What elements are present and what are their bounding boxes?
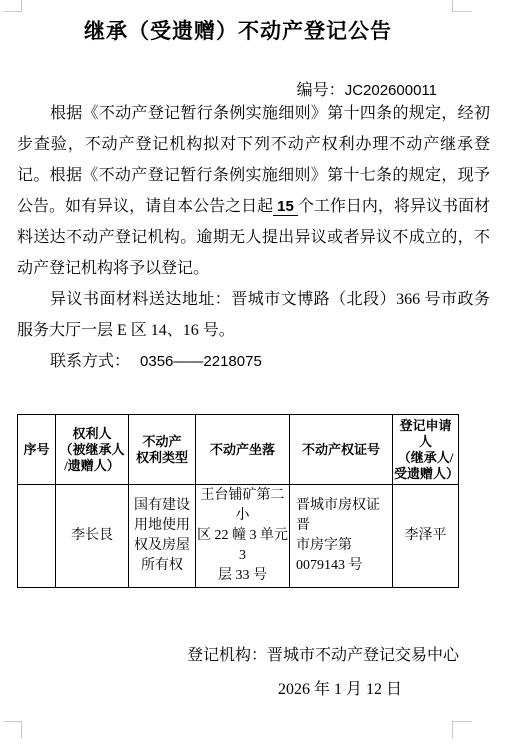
doc-number: 编号：JC202600011 <box>297 77 437 100</box>
contact-phone: 0356——2218075 <box>140 353 262 370</box>
table-row: 李长艮 国有建设 用地使用 权及房屋 所有权 王台铺矿第二小 区 22 幢 3 … <box>18 485 459 588</box>
paragraph-address: 异议书面材料送达地址：晋城市文博路（北段）366 号市政务服务大厅一层 E 区 … <box>17 284 490 346</box>
col-header-location: 不动产坐落 <box>196 415 290 485</box>
crop-mark-top-left <box>4 0 22 12</box>
document-title: 继承（受遗赠）不动产登记公告 <box>0 15 476 45</box>
cell-cert-number: 晋城市房权证晋 市房字第 0079143 号 <box>290 485 393 588</box>
doc-number-value: JC202600011 <box>345 82 437 99</box>
document-page: 继承（受遗赠）不动产登记公告 编号：JC202600011 根据《不动产登记暂行… <box>0 0 507 754</box>
cell-serial <box>18 485 56 588</box>
paragraph-intro: 根据《不动产登记暂行条例实施细则》第十四条的规定，经初步查验，不动产登记机构拟对… <box>17 98 490 284</box>
col-header-serial: 序号 <box>18 415 56 485</box>
col-header-rights-holder: 权利人 （被继承人 /遗赠人） <box>56 415 129 485</box>
cell-rights-holder: 李长艮 <box>56 485 129 588</box>
objection-days: 15 <box>273 198 298 216</box>
crop-mark-bottom-right <box>452 721 472 738</box>
doc-number-label: 编号： <box>297 82 345 99</box>
registry-org: 登记机构：晋城市不动产登记交易中心 <box>187 642 459 665</box>
announcement-date: 2026 年 1 月 12 日 <box>278 676 402 699</box>
crop-mark-bottom-left <box>4 721 22 738</box>
cell-right-type: 国有建设 用地使用 权及房屋 所有权 <box>129 485 196 588</box>
crop-mark-top-right <box>452 0 472 12</box>
notice-body: 根据《不动产登记暂行条例实施细则》第十四条的规定，经初步查验，不动产登记机构拟对… <box>17 98 490 377</box>
cell-location: 王台铺矿第二小 区 22 幢 3 单元 3 层 33 号 <box>196 485 290 588</box>
col-header-cert-number: 不动产权证号 <box>290 415 393 485</box>
contact-label: 联系方式： <box>50 353 130 370</box>
col-header-applicant: 登记申请人 （继承人/ 受遗赠人） <box>393 415 459 485</box>
paragraph-contact: 联系方式：0356——2218075 <box>17 346 490 377</box>
announcement-table: 序号 权利人 （被继承人 /遗赠人） 不动产 权利类型 不动产坐落 不动产权证号… <box>17 414 459 588</box>
cell-applicant: 李泽平 <box>393 485 459 588</box>
col-header-right-type: 不动产 权利类型 <box>129 415 196 485</box>
table-header-row: 序号 权利人 （被继承人 /遗赠人） 不动产 权利类型 不动产坐落 不动产权证号… <box>18 415 459 485</box>
